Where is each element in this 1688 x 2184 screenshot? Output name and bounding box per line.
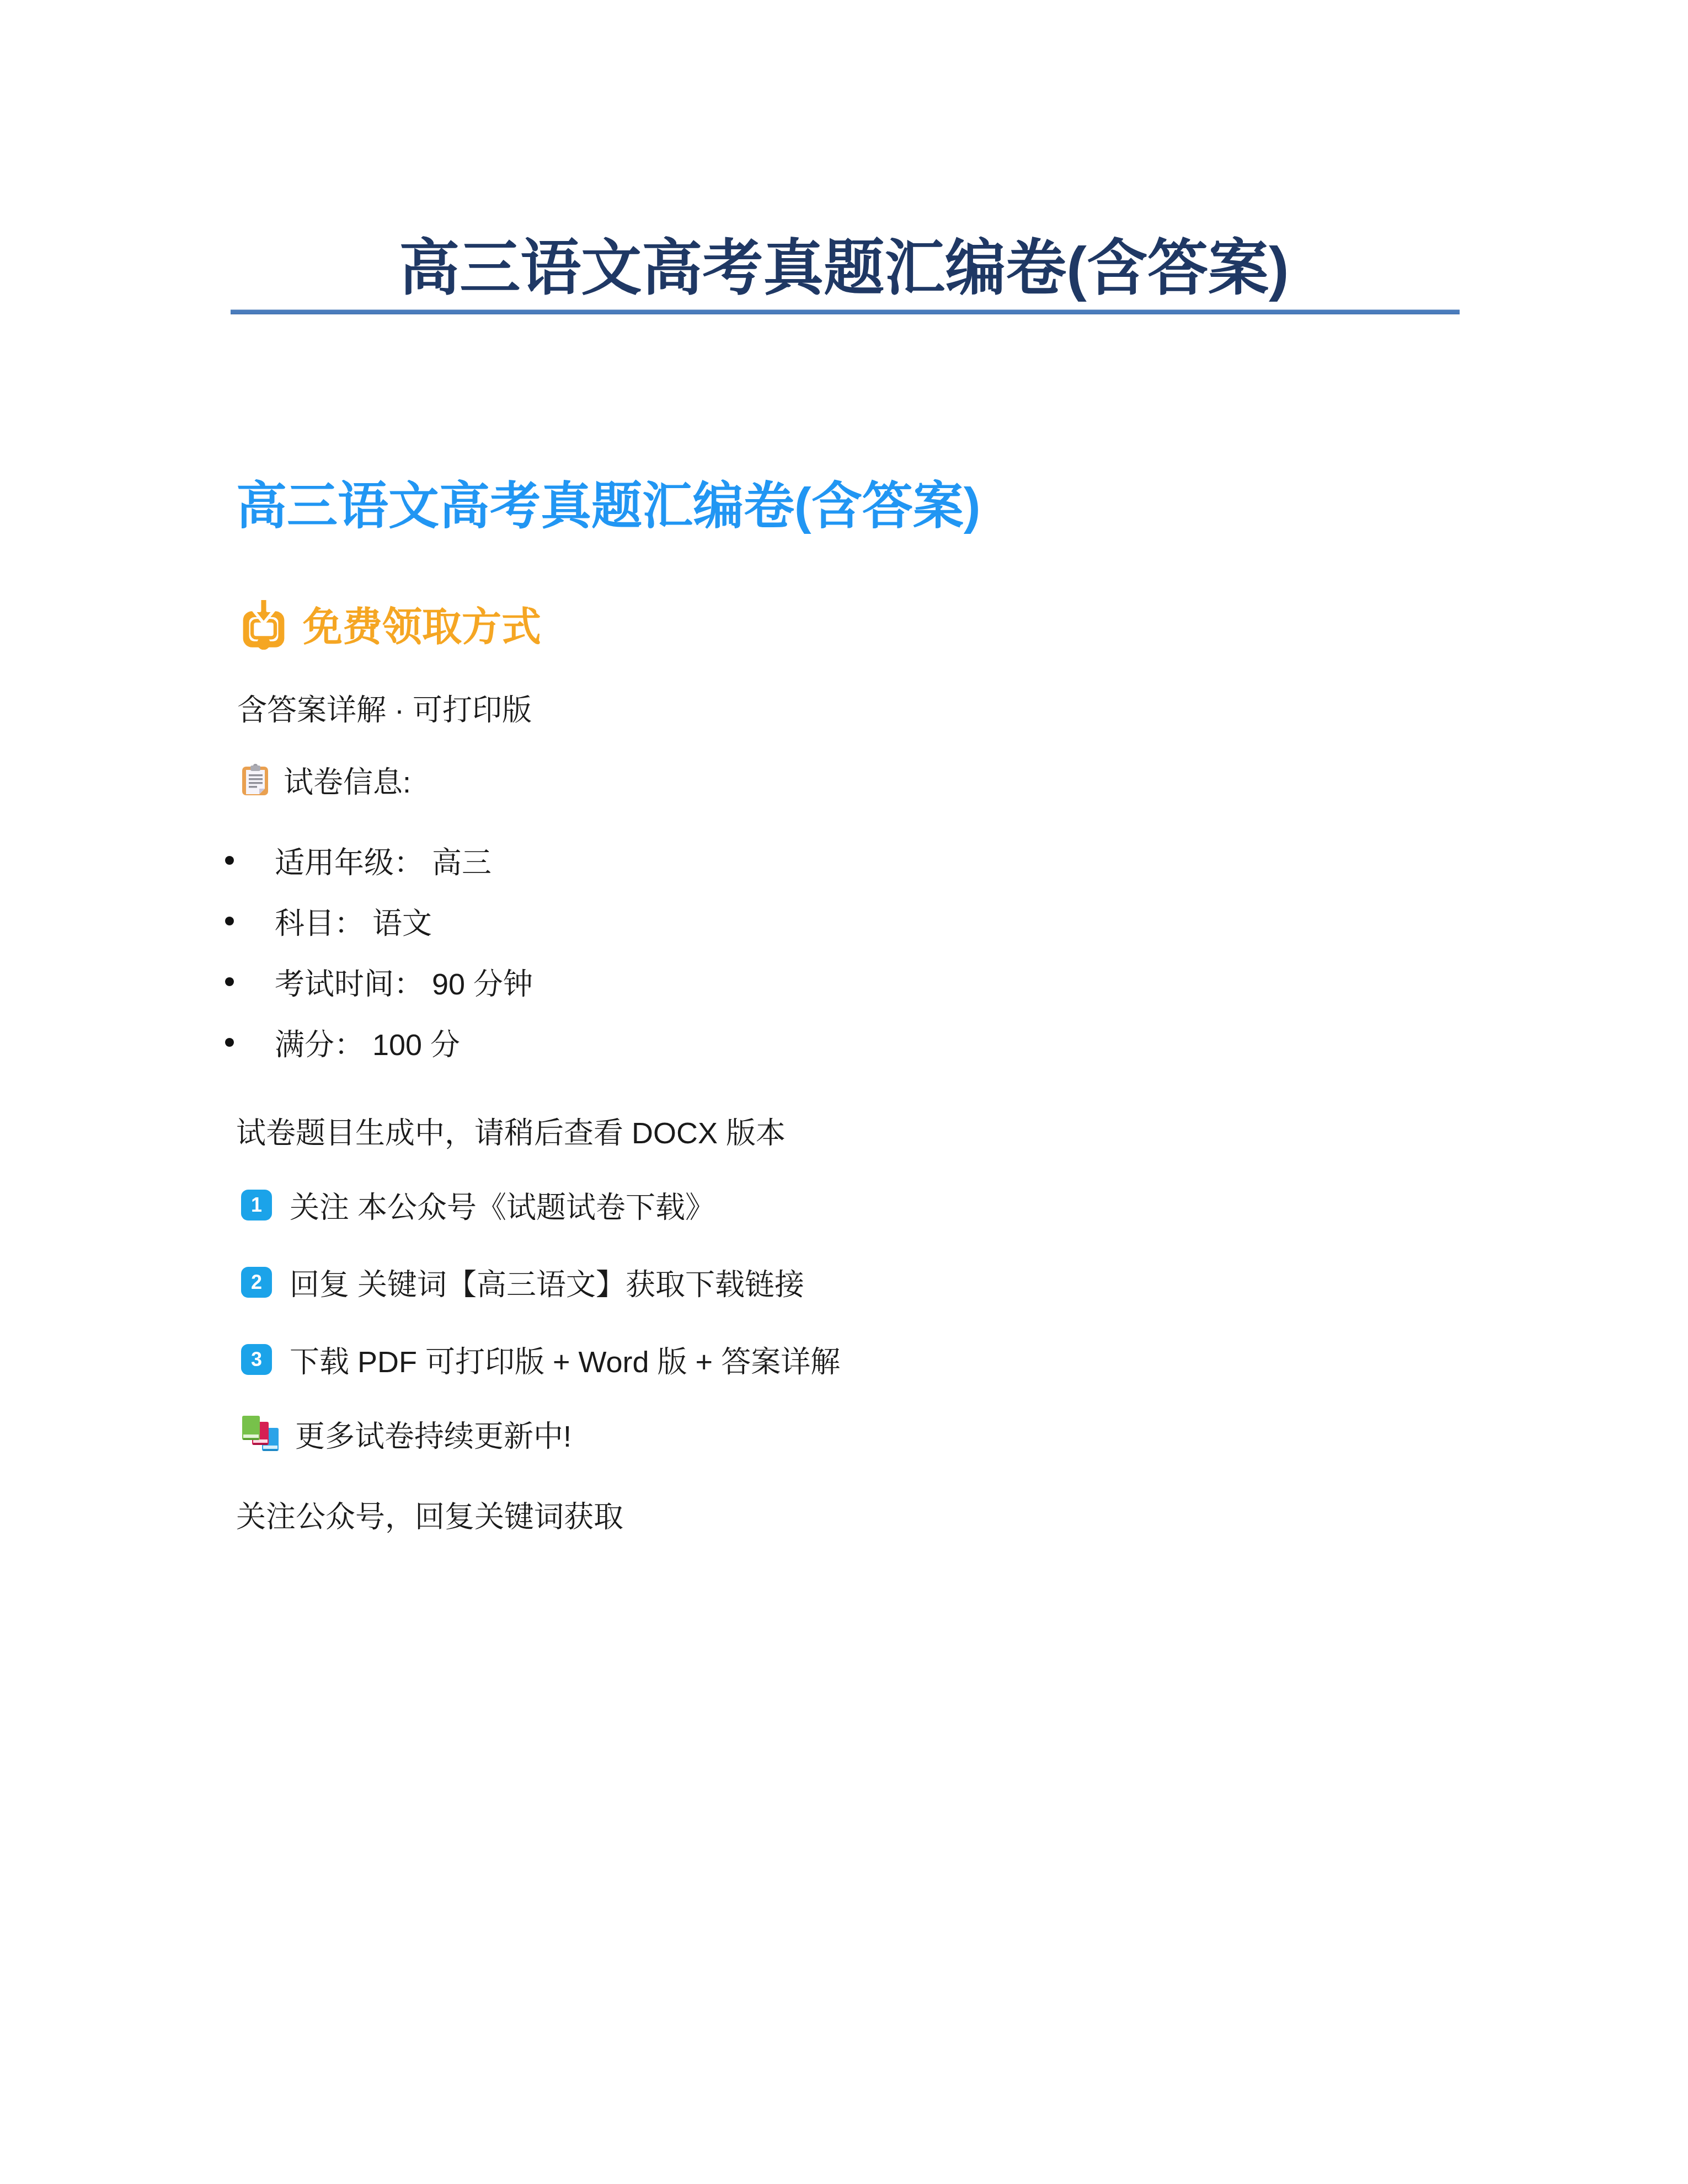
info-section-label: 试卷信息: xyxy=(284,759,411,801)
footer-note: 关注公众号，回复关键词获取 xyxy=(236,1494,623,1536)
bullet-icon xyxy=(225,856,234,865)
info-item-grade: 适用年级： 高三 xyxy=(275,839,492,882)
step-item-3: 3 下载 PDF 可打印版 + Word 版 + 答案详解 xyxy=(241,1340,840,1379)
more-notice-row: 更多试卷持续更新中! xyxy=(241,1413,571,1455)
info-section-heading: 试卷信息: xyxy=(242,760,411,800)
list-item: 科目： 语文 xyxy=(225,891,533,951)
step-text: 下载 PDF 可打印版 + Word 版 + 答案详解 xyxy=(290,1339,840,1381)
more-notice-text: 更多试卷持续更新中! xyxy=(295,1413,571,1455)
number-keycap-icon: 1 xyxy=(241,1190,272,1221)
article-heading: 高三语文高考真题汇编卷(含答案) xyxy=(236,479,980,534)
subtitle: 含答案详解 · 可打印版 xyxy=(237,687,532,729)
claim-section-heading: 免费领取方式 xyxy=(241,595,541,652)
info-item-score: 满分： 100 分 xyxy=(275,1021,460,1064)
step-item-1: 1 关注 本公众号《试题试卷下载》 xyxy=(241,1186,715,1224)
bullet-icon xyxy=(225,917,234,925)
doc-title: 高三语文高考真题汇编卷(含答案) xyxy=(0,231,1688,307)
generating-notice: 试卷题目生成中，请稍后查看 DOCX 版本 xyxy=(236,1110,786,1152)
number-keycap-icon: 3 xyxy=(241,1344,272,1375)
list-item: 满分： 100 分 xyxy=(225,1012,533,1073)
info-list: 适用年级： 高三 科目： 语文 考试时间： 90 分钟 满分： 100 分 xyxy=(225,830,533,1073)
books-icon xyxy=(241,1416,281,1452)
step-item-2: 2 回复 关键词【高三语文】获取下载链接 xyxy=(241,1263,804,1302)
title-underline-rule xyxy=(231,309,1460,314)
step-text: 回复 关键词【高三语文】获取下载链接 xyxy=(290,1261,804,1304)
number-keycap-icon: 2 xyxy=(241,1267,272,1298)
step-text: 关注 本公众号《试题试卷下载》 xyxy=(290,1184,715,1227)
clipboard-icon xyxy=(242,763,269,796)
claim-section-title: 免费领取方式 xyxy=(303,595,541,652)
list-item: 考试时间： 90 分钟 xyxy=(225,951,533,1012)
list-item: 适用年级： 高三 xyxy=(225,830,533,891)
bullet-icon xyxy=(225,977,234,986)
info-item-duration: 考试时间： 90 分钟 xyxy=(275,961,533,1003)
inbox-download-icon xyxy=(241,597,286,650)
info-item-subject: 科目： 语文 xyxy=(275,900,432,943)
bullet-icon xyxy=(225,1038,234,1047)
